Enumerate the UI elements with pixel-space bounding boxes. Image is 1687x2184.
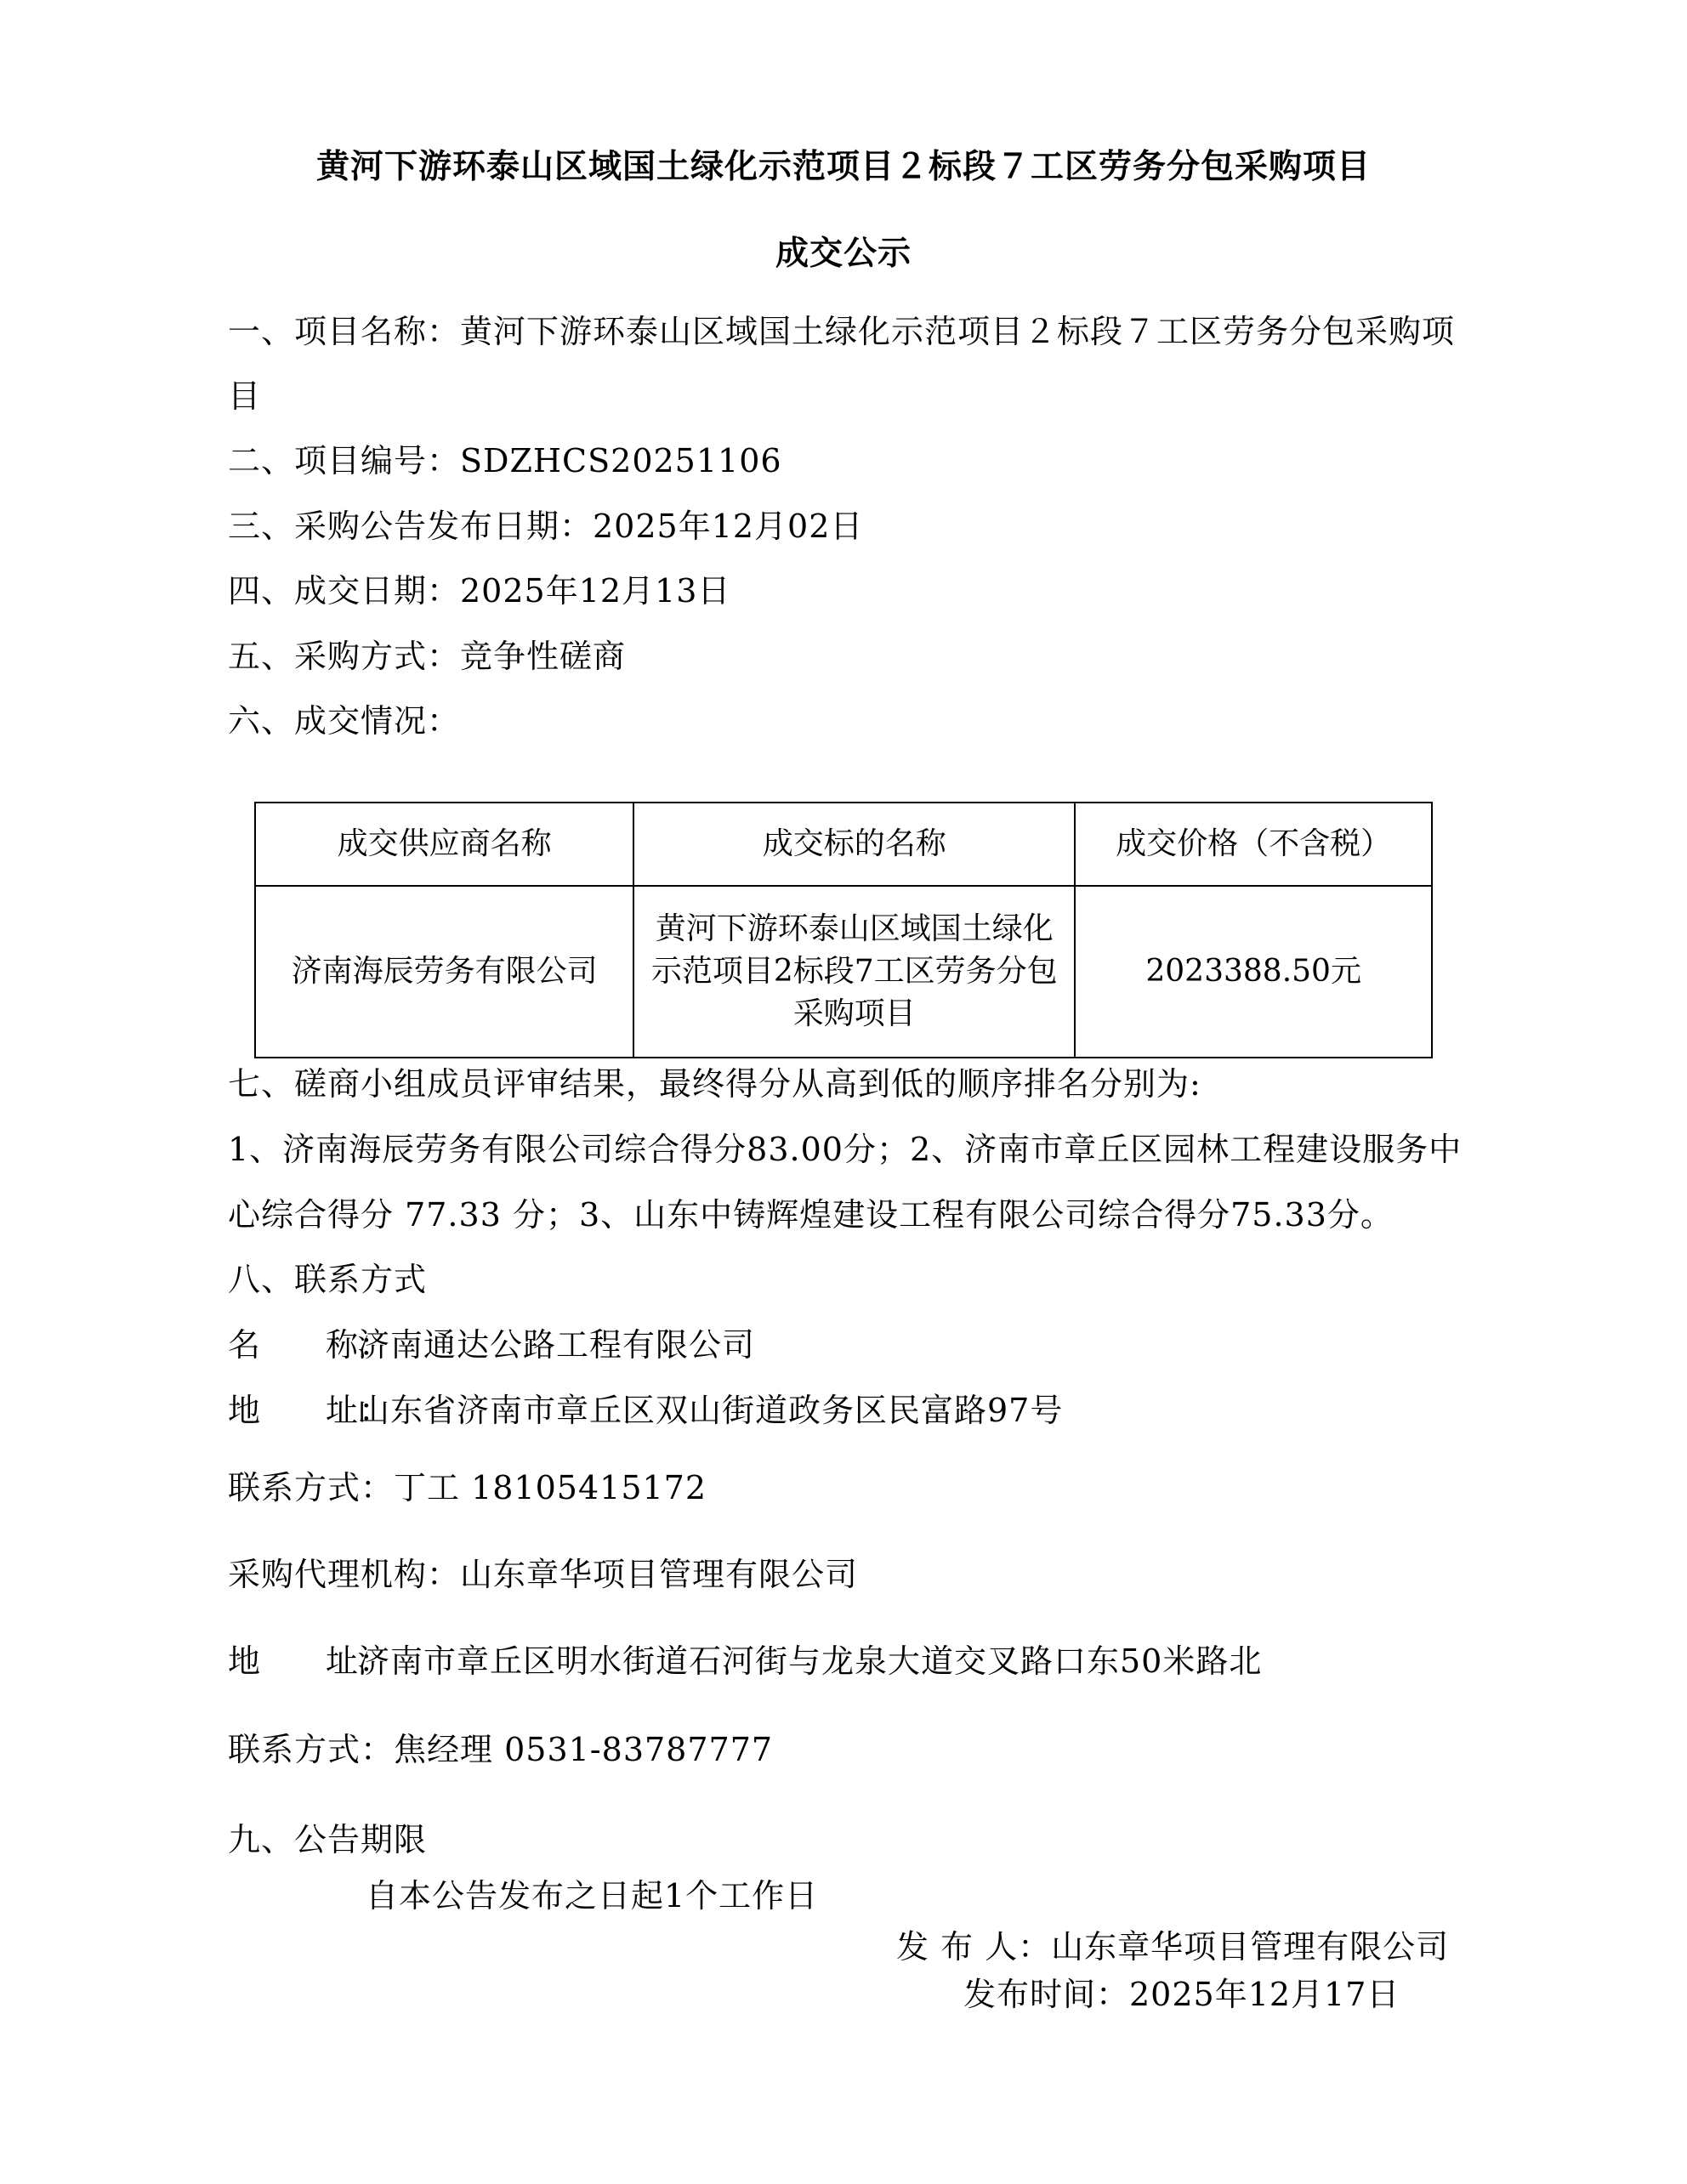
agency-phone-label: 联系方式： <box>228 1731 394 1768</box>
agency-address-label: 地址： <box>228 1642 357 1680</box>
document-title: 黄河下游环泰山区域国土绿化示范项目２标段７工区劳务分包采购项目 <box>0 148 1687 185</box>
notice-period-text: 自本公告发布之日起1个工作日 <box>366 1877 818 1915</box>
contact-address: 地址：山东省济南市章丘区双山街道政务区民富路97号 <box>228 1392 1063 1429</box>
header-item: 成交标的名称 <box>633 803 1075 886</box>
contact-address-label: 地址： <box>228 1392 357 1429</box>
announcement-date: 三、采购公告发布日期：2025年12月02日 <box>228 508 863 545</box>
project-name-line-1: 一、项目名称：黄河下游环泰山区域国土绿化示范项目２标段７工区劳务分包采购项 <box>228 313 1455 350</box>
project-number: 二、项目编号：SDZHCS20251106 <box>228 442 782 479</box>
notice-period-heading: 九、公告期限 <box>228 1821 427 1858</box>
table-row: 济南海辰劳务有限公司 黄河下游环泰山区域国土绿化示范项目2标段7工区劳务分包采购… <box>255 886 1432 1058</box>
contact-address-value: 山东省济南市章丘区双山街道政务区民富路97号 <box>357 1392 1063 1429</box>
review-result-line-2: 心综合得分 77.33 分；3、山东中铸辉煌建设工程有限公司综合得分75.33分… <box>228 1196 1394 1234</box>
agency-phone: 联系方式：焦经理 0531-83787777 <box>228 1731 773 1768</box>
review-result-heading: 七、磋商小组成员评审结果，最终得分从高到低的顺序排名分别为: <box>228 1065 1201 1103</box>
publisher: 发 布 人：山东章华项目管理有限公司 <box>896 1928 1449 1966</box>
contact-phone: 联系方式：丁工 18105415172 <box>228 1469 707 1506</box>
header-price: 成交价格（不含税） <box>1075 803 1432 886</box>
agency: 采购代理机构：山东章华项目管理有限公司 <box>228 1556 858 1593</box>
procurement-method: 五、采购方式：竞争性磋商 <box>228 638 626 675</box>
contact-name-label: 名称： <box>228 1326 357 1364</box>
deal-situation-heading: 六、成交情况： <box>228 702 460 740</box>
contact-phone-label: 联系方式： <box>228 1469 394 1506</box>
review-result-line-1: 1、济南海辰劳务有限公司综合得分83.00分；2、济南市章丘区园林工程建设服务中 <box>228 1131 1462 1168</box>
header-supplier: 成交供应商名称 <box>255 803 633 886</box>
agency-label: 采购代理机构： <box>228 1556 460 1593</box>
cell-item: 黄河下游环泰山区域国土绿化示范项目2标段7工区劳务分包采购项目 <box>633 886 1075 1058</box>
publish-date: 发布时间：2025年12月17日 <box>963 1976 1400 2013</box>
deal-table: 成交供应商名称 成交标的名称 成交价格（不含税） 济南海辰劳务有限公司 黄河下游… <box>254 802 1433 1058</box>
agency-address: 地址：济南市章丘区明水街道石河街与龙泉大道交叉路口东50米路北 <box>228 1642 1262 1680</box>
deal-date: 四、成交日期：2025年12月13日 <box>228 572 730 610</box>
contact-name-value: 济南通达公路工程有限公司 <box>357 1326 755 1364</box>
cell-price: 2023388.50元 <box>1075 886 1432 1058</box>
document-subtitle: 成交公示 <box>0 235 1687 272</box>
contact-name: 名称：济南通达公路工程有限公司 <box>228 1326 755 1364</box>
agency-phone-value: 焦经理 0531-83787777 <box>394 1731 773 1768</box>
contact-heading: 八、联系方式 <box>228 1261 427 1298</box>
table-header-row: 成交供应商名称 成交标的名称 成交价格（不含税） <box>255 803 1432 886</box>
agency-address-value: 济南市章丘区明水街道石河街与龙泉大道交叉路口东50米路北 <box>357 1642 1262 1680</box>
contact-phone-value: 丁工 18105415172 <box>394 1469 707 1506</box>
cell-supplier: 济南海辰劳务有限公司 <box>255 886 633 1058</box>
project-name-line-2: 目 <box>228 377 261 415</box>
agency-value: 山东章华项目管理有限公司 <box>460 1556 858 1593</box>
